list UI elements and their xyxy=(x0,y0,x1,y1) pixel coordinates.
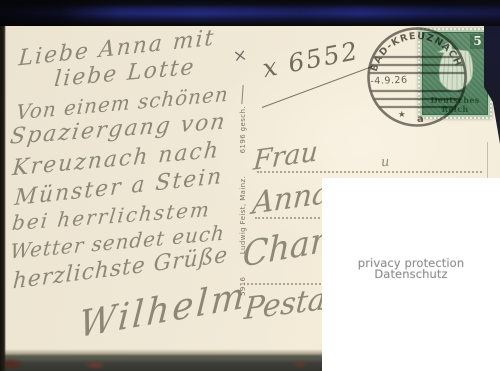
address-line: Anna xyxy=(251,175,331,222)
postmark-town: BAD-KREUZNACH xyxy=(369,31,464,73)
svg-text:BAD-KREUZNACH: BAD-KREUZNACH xyxy=(369,31,464,73)
privacy-line2: Datenschutz xyxy=(322,269,500,280)
imprint-number-right: 6196 gesch. xyxy=(239,106,247,153)
postcard-scan: Liebe Anna mit liebe Lotte Von einem sch… xyxy=(0,0,500,371)
postmark-letter: a xyxy=(417,114,424,125)
postmark-date: -4.9.26 xyxy=(370,75,408,87)
scan-edge-left xyxy=(0,0,6,371)
privacy-watermark: privacy protection Datenschutz xyxy=(322,258,500,279)
address-line-mark: u xyxy=(380,155,389,171)
signature: Wilhelm xyxy=(78,275,249,347)
pencil-dash xyxy=(241,85,243,104)
cross-mark: × xyxy=(232,45,249,67)
postmark: BAD-KREUZNACH -4.9.26 ★ a xyxy=(363,22,473,134)
star-icon: ★ xyxy=(398,110,406,120)
scan-border-top xyxy=(0,0,500,26)
privacy-mask: privacy protection Datenschutz xyxy=(322,178,500,371)
address-line: Pesta xyxy=(243,282,327,328)
card-edge-crease xyxy=(487,142,488,180)
